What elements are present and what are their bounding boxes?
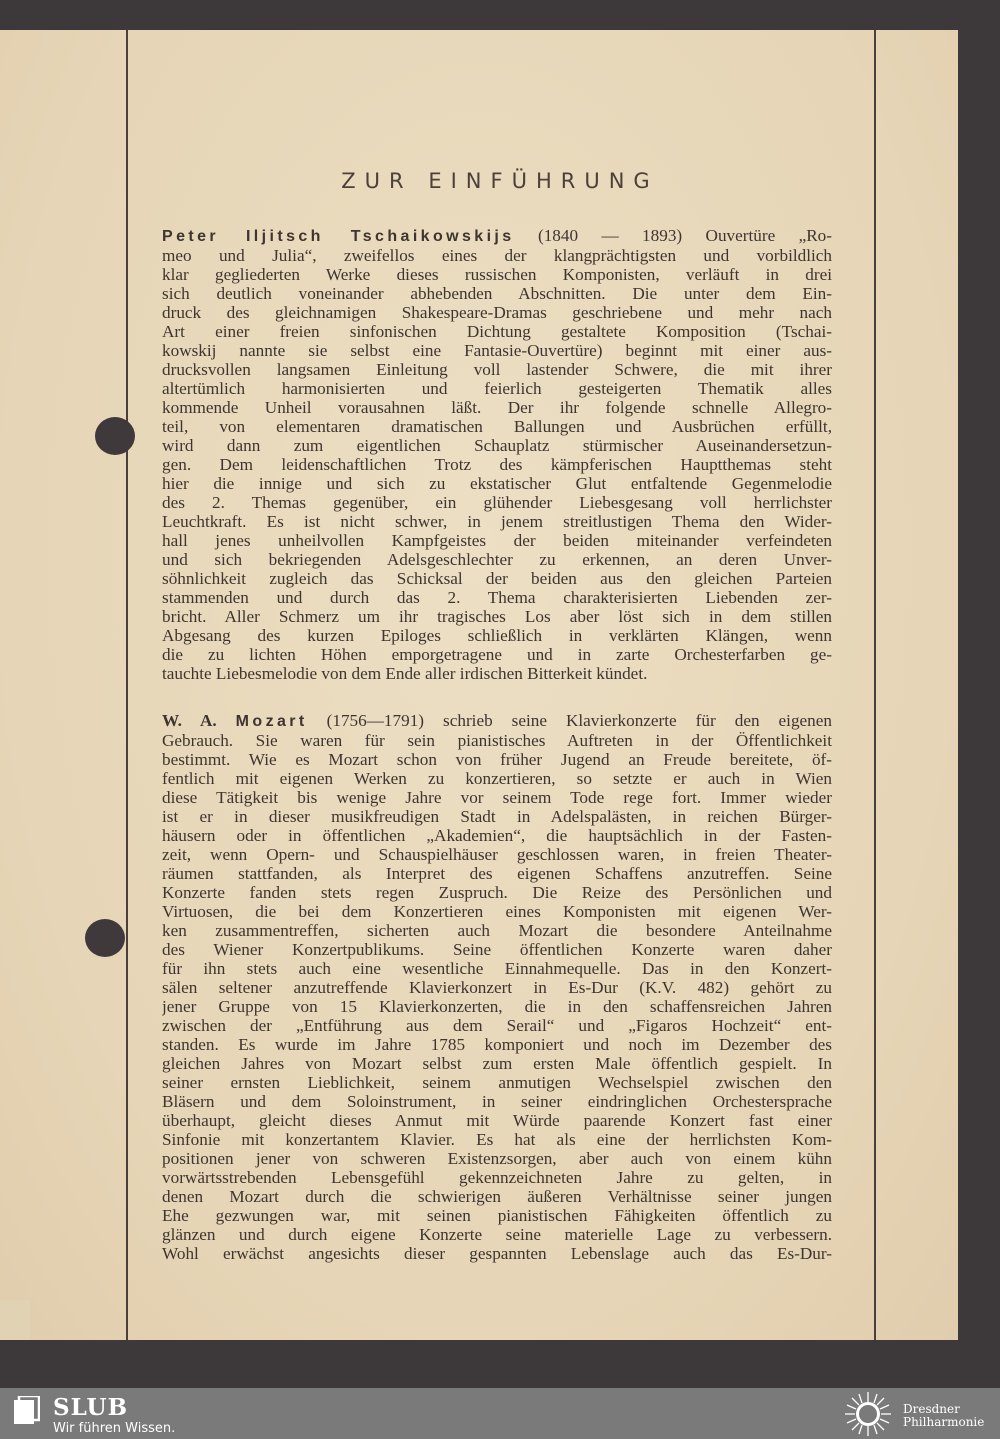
paper-fold <box>0 1300 30 1340</box>
text-line: söhnlichkeit zugleich das Schicksal der … <box>162 569 832 588</box>
philharmonie-logo-name: Dresdner Philharmonie <box>903 1403 984 1429</box>
text-line: W. A. Mozart (1756—1791) schrieb seine K… <box>162 711 832 731</box>
text-line: Abgesang des kurzen Epiloges schließlich… <box>162 626 832 645</box>
text-line: Sinfonie mit konzertantem Klavier. Es ha… <box>162 1130 832 1149</box>
text-line: sälen seltener anzutreffende Klavierkonz… <box>162 978 832 997</box>
text-line: drucksvollen langsamen Einleitung voll l… <box>162 360 832 379</box>
author-initials: W. A. <box>162 711 236 730</box>
mozart-paragraph: W. A. Mozart (1756—1791) schrieb seine K… <box>162 711 832 1263</box>
text-line: kowskij nannte sie selbst eine Fantasie-… <box>162 341 832 360</box>
text-line: des 2. Themas gegenüber, ein glühender L… <box>162 493 832 512</box>
text-line: positionen jener von schweren Existenzso… <box>162 1149 832 1168</box>
text-line: und sich bekriegenden Adelsgeschlechter … <box>162 550 832 569</box>
punch-hole-top <box>95 417 135 455</box>
text-line: des Wiener Konzertpublikums. Seine öffen… <box>162 940 832 959</box>
text-line: diese Tätigkeit bis wenige Jahre vor sei… <box>162 788 832 807</box>
text-line: glänzen und durch eigene Konzerte seine … <box>162 1225 832 1244</box>
text-line: jener Gruppe von 15 Klavierkonzerten, di… <box>162 997 832 1016</box>
text-line: bricht. Aller Schmerz um ihr tragisches … <box>162 607 832 626</box>
sunburst-ring-icon <box>843 1390 893 1438</box>
text-line: zeit, wenn Opern- und Schauspielhäuser g… <box>162 845 832 864</box>
text-line: Ehe gezwungen war, mit seinen pianistisc… <box>162 1206 832 1225</box>
page-title: ZUR EINFÜHRUNG <box>160 169 840 193</box>
right-margin-rule <box>874 30 876 1340</box>
left-margin-rule <box>126 30 128 1340</box>
text-line: bestimmt. Wie es Mozart schon von früher… <box>162 750 832 769</box>
text-line: die zu lichten Höhen emporgetragene und … <box>162 645 832 664</box>
text-line: ist er in dieser musikfreudigen Stadt in… <box>162 807 832 826</box>
text-line: altertümlich harmonisierten und feierlic… <box>162 379 832 398</box>
text-line: überhaupt, gleicht dieses Anmut mit Würd… <box>162 1111 832 1130</box>
footer-bar: SLUB Wir führen Wissen. Dresdner Philhar… <box>0 1388 1000 1439</box>
text-line: Gebrauch. Sie waren für sein pianistisch… <box>162 731 832 750</box>
text-line: fentlich mit eigenen Werken zu konzertie… <box>162 769 832 788</box>
text-line: hall jenes unheilvollen Kampfgeistes der… <box>162 531 832 550</box>
philharmonie-name-line2: Philharmonie <box>903 1416 984 1429</box>
text-line: gleichen Jahres von Mozart selbst zum er… <box>162 1054 832 1073</box>
text-line: stammenden und durch das 2. Thema charak… <box>162 588 832 607</box>
text-line: teil, von elementaren dramatischen Ballu… <box>162 417 832 436</box>
text-line: Leuchtkraft. Es ist nicht schwer, in jen… <box>162 512 832 531</box>
composer-name: Mozart <box>236 713 308 730</box>
slub-logo-name: SLUB <box>53 1394 128 1421</box>
text-line: Konzerte fanden stets regen Zuspruch. Di… <box>162 883 832 902</box>
text-line: Peter Iljitsch Tschaikowskijs (1840 — 18… <box>162 226 832 246</box>
slub-tagline: Wir führen Wissen. <box>53 1421 175 1436</box>
text-line: Bläsern und dem Soloinstrument, in seine… <box>162 1092 832 1111</box>
punch-hole-bottom <box>85 919 125 957</box>
text-line: räumen stattfanden, als Interpret des ei… <box>162 864 832 883</box>
text-line: tauchte Liebesmelodie von dem Ende aller… <box>162 664 832 683</box>
text-line: wird dann zum eigentlichen Schauplatz st… <box>162 436 832 455</box>
text-line: vorwärtsstrebenden Lebensgefühl gekennze… <box>162 1168 832 1187</box>
text-line: klar gegliederten Werke dieses russische… <box>162 265 832 284</box>
text-line: kommende Unheil vorausahnen läßt. Der ih… <box>162 398 832 417</box>
text-line: sich deutlich voneinander abhebenden Abs… <box>162 284 832 303</box>
text-line: häusern oder in öffentlichen „Akademien“… <box>162 826 832 845</box>
text-line: ken zusammentreffen, sicherten auch Moza… <box>162 921 832 940</box>
composer-name: Peter Iljitsch Tschaikowskijs <box>162 228 515 245</box>
text-line: seiner ernsten Lieblichkeit, seinem anmu… <box>162 1073 832 1092</box>
book-icon <box>14 1396 40 1424</box>
text-line: gen. Dem leidenschaftlichen Trotz des kä… <box>162 455 832 474</box>
text-line: hier die innige und sich zu ekstatischer… <box>162 474 832 493</box>
tschaikowsky-paragraph: Peter Iljitsch Tschaikowskijs (1840 — 18… <box>162 226 832 683</box>
text-line: für ihn stets auch eine wesentliche Einn… <box>162 959 832 978</box>
text-line: Wohl erwächst angesichts dieser gespannt… <box>162 1244 832 1263</box>
text-line: standen. Es wurde im Jahre 1785 komponie… <box>162 1035 832 1054</box>
text-line: denen Mozart durch die schwierigen äußer… <box>162 1187 832 1206</box>
text-line: druck des gleichnamigen Shakespeare-Dram… <box>162 303 832 322</box>
text-line: meo und Julia“, zweifellos eines der kla… <box>162 246 832 265</box>
text-line: Virtuosen, die bei dem Konzertieren eine… <box>162 902 832 921</box>
text-line: zwischen der „Entführung aus dem Serail“… <box>162 1016 832 1035</box>
text-line: Art einer freien sinfonischen Dichtung g… <box>162 322 832 341</box>
